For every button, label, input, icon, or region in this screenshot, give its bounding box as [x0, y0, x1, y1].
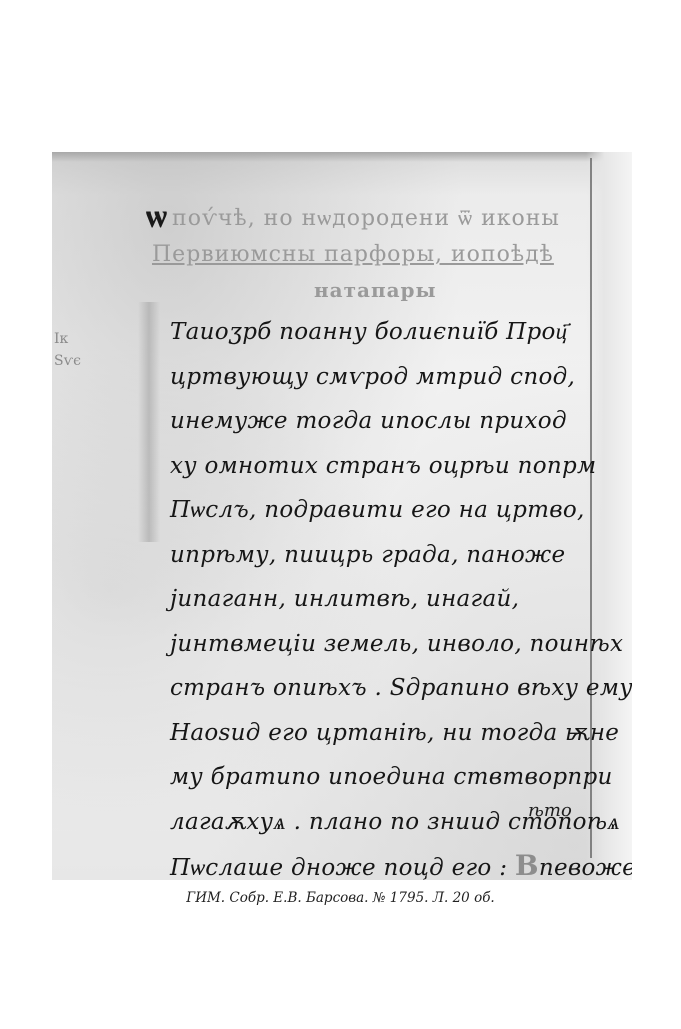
manuscript-page-scan: Ік Ѕѵє ѡпоѵ́чѣ, но нѡдородени ѿ иконы Пе… [52, 152, 632, 880]
manuscript-line: странъ опиѣхъ . Ѕдрапино вѣху ему [170, 666, 606, 711]
manuscript-line: Наоѕид его цртаніѣ, ни тогда ѭне [170, 711, 606, 756]
manuscript-line: инемуже тогда ипослы приход [170, 399, 606, 444]
manuscript-body: Таиоӡрб поанну болиєпиїб Проц҃ цртвующу … [170, 310, 606, 880]
manuscript-line: Таиоӡрб поанну болиєпиїб Проц҃ [170, 310, 606, 355]
figure-caption: ГИМ. Собр. Е.В. Барсова. № 1795. Л. 20 о… [0, 890, 681, 906]
rubric-continuation: певоже [539, 855, 632, 880]
manuscript-last-word: ѣто [528, 800, 572, 821]
margin-note-line: Ѕѵє [54, 350, 81, 372]
manuscript-line: јинтвмеціи земель, инволо, поинѣх [170, 622, 606, 667]
margin-note: Ік Ѕѵє [54, 328, 81, 372]
manuscript-line: цртвующу смѵрод мтрид спод, [170, 355, 606, 400]
manuscript-line: ипрѣму, пиицрь града, паноже [170, 533, 606, 578]
manuscript-line: Пѡслъ, подравити его на цртво, [170, 488, 606, 533]
page-top-edge [52, 152, 632, 162]
heading-line-3: натапары [314, 278, 437, 302]
heading-text: поѵ́чѣ, но нѡдородени ѿ иконы [172, 206, 560, 231]
heading-initial: ѡ [146, 196, 168, 236]
decorated-initial [146, 312, 168, 424]
heading-line-1: ѡпоѵ́чѣ, но нѡдородени ѿ иконы [146, 196, 560, 236]
manuscript-line-final: Пѡслаше дноже поцд его : Впевоже [170, 844, 606, 880]
heading-line-2: Первиюмсны парфоры, иопоѣдѣ [152, 242, 554, 267]
rubric-initial: В [515, 849, 539, 880]
manuscript-line: јипаганн, инлитвѣ, инагай, [170, 577, 606, 622]
manuscript-line: му братипо ипоедина ствтворпри [170, 755, 606, 800]
manuscript-line-text: Пѡслаше дноже поцд его [170, 855, 492, 880]
manuscript-line: ху омнотих странъ оцрѣи попрм [170, 444, 606, 489]
margin-note-line: Ік [54, 328, 81, 350]
